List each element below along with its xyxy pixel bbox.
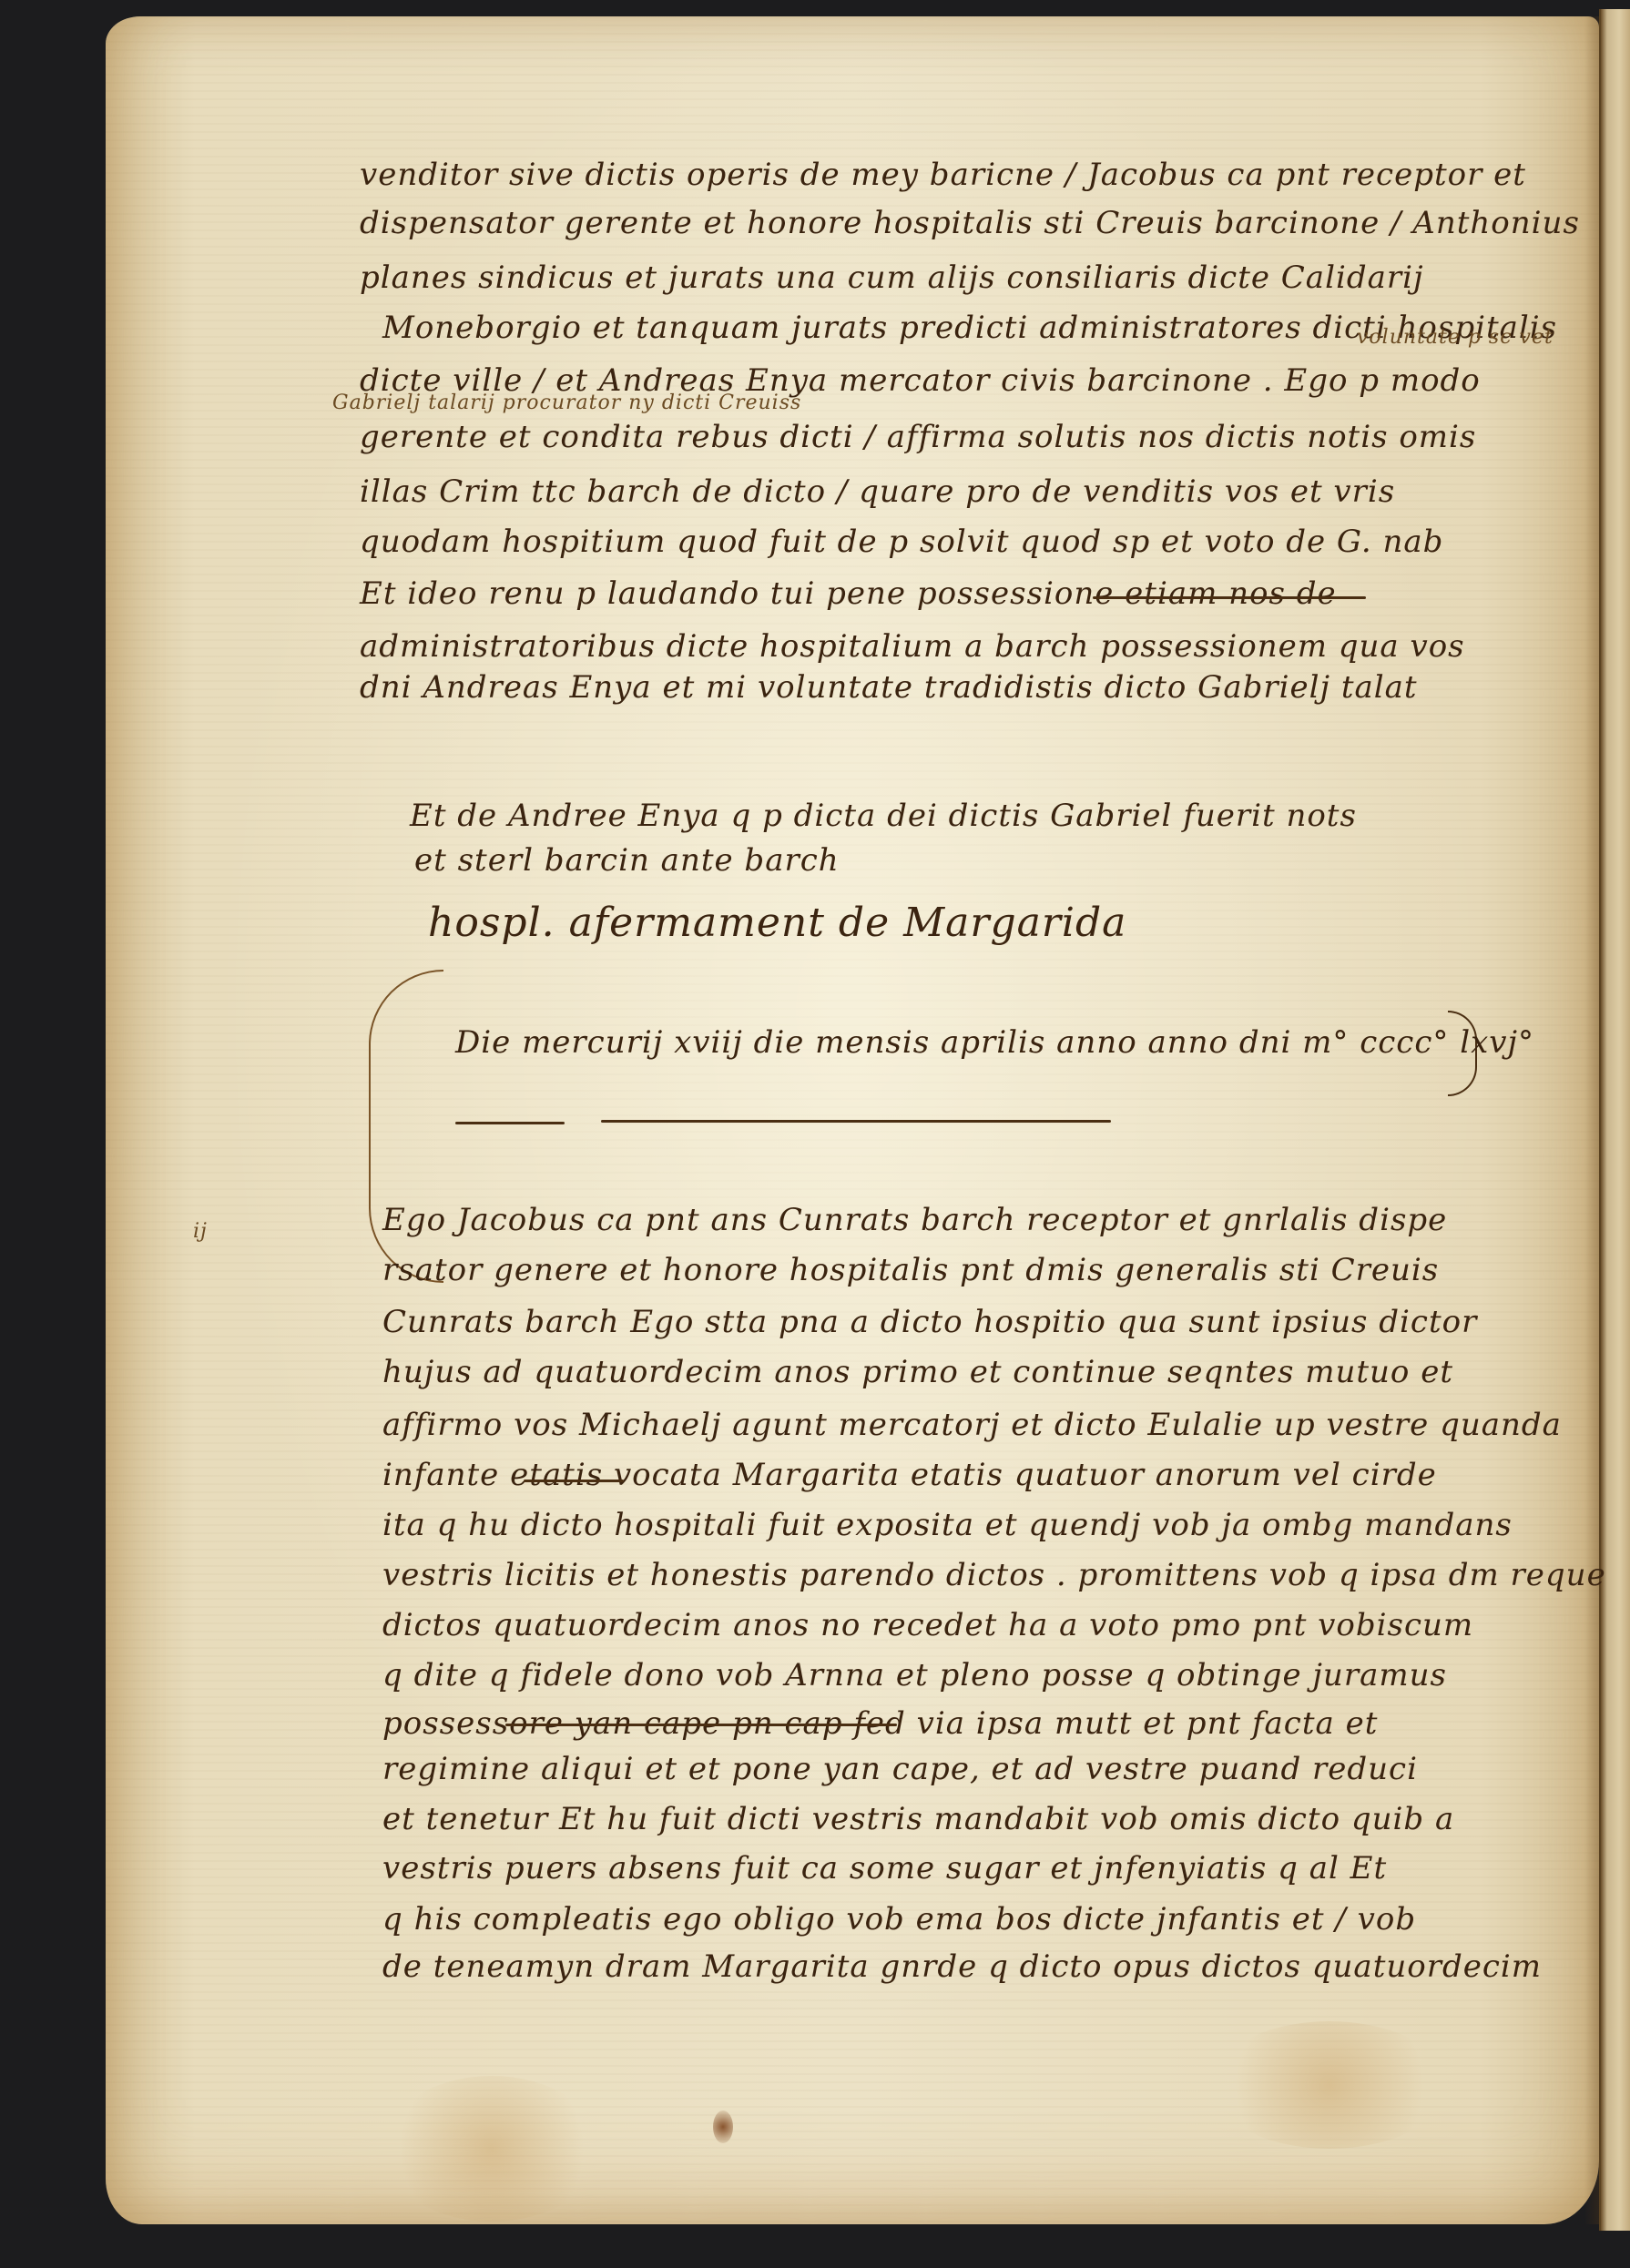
- text-line: rsator genere et honore hospitalis pnt d…: [382, 1252, 1439, 1288]
- interlinear-note: voluntate p sc vet: [1357, 326, 1554, 349]
- text-line: affirmo vos Michaelj agunt mercatorj et …: [382, 1407, 1562, 1443]
- text-line: dictos quatuordecim anos no recedet ha a…: [382, 1607, 1473, 1643]
- text-line: Cunrats barch Ego stta pna a dicto hospi…: [382, 1304, 1477, 1340]
- separator-rule: [455, 1122, 565, 1124]
- text-line: de teneamyn dram Margarita gnrde q dicto…: [382, 1948, 1542, 1985]
- foxing-stain: [382, 2076, 601, 2222]
- text-line: Ego Jacobus ca pnt ans Cunrats barch rec…: [382, 1202, 1447, 1238]
- text-line: q his compleatis ego obligo vob ema bos …: [382, 1901, 1416, 1937]
- text-line: administratoribus dicte hospitalium a ba…: [360, 628, 1465, 665]
- text-line: gerente et condita rebus dicti / affirma…: [360, 419, 1476, 455]
- text-line: vestris puers absens fuit ca some sugar …: [382, 1850, 1387, 1887]
- text-line: venditor sive dictis operis de mey baric…: [360, 157, 1526, 193]
- entry-heading: hospl. afermament de Margarida: [428, 900, 1126, 946]
- adjacent-leaf-edge: [1599, 9, 1630, 2231]
- text-line: infante etatis vocata Margarita etatis q…: [382, 1457, 1437, 1493]
- text-line: ita q hu dicto hospitali fuit exposita e…: [382, 1507, 1513, 1543]
- text-line: vestris licitis et honestis parendo dict…: [382, 1557, 1606, 1593]
- foxing-stain: [1211, 2021, 1448, 2149]
- text-line: illas Crim ttc barch de dicto / quare pr…: [360, 473, 1395, 510]
- text-line: planes sindicus et jurats una cum alijs …: [360, 259, 1424, 296]
- ink-blot: [713, 2110, 733, 2143]
- text-line: hujus ad quatuordecim anos primo et cont…: [382, 1354, 1453, 1390]
- strikethrough-mark: [1093, 596, 1366, 599]
- strikethrough-mark: [524, 1480, 624, 1482]
- text-line: regimine aliqui et et pone yan cape, et …: [382, 1751, 1418, 1787]
- text-line: et tenetur Et hu fuit dicti vestris mand…: [382, 1801, 1454, 1837]
- text-line: et sterl barcin ante barch: [414, 842, 840, 879]
- text-line: Et de Andree Enya q p dicta dei dictis G…: [410, 798, 1357, 834]
- text-line: quodam hospitium quod fuit de p solvit q…: [360, 524, 1443, 560]
- separator-rule: [601, 1120, 1111, 1123]
- margin-note-gabriel: Gabrielj talarij procurator ny dicti Cre…: [332, 392, 801, 414]
- left-margin-note: ij: [193, 1220, 208, 1243]
- text-line: dni Andreas Enya et mi voluntate tradidi…: [360, 669, 1418, 706]
- strikethrough-mark: [505, 1724, 897, 1726]
- text-line: Et ideo renu p laudando tui pene possess…: [360, 575, 1337, 612]
- text-line: dispensator gerente et honore hospitalis…: [360, 205, 1580, 241]
- text-line: q dite q fidele dono vob Arnna et pleno …: [382, 1657, 1447, 1693]
- date-line: Die mercurij xviij die mensis aprilis an…: [455, 1024, 1534, 1061]
